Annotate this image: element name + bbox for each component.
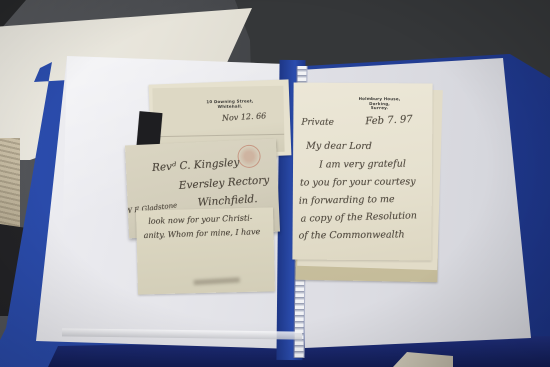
envelope-address-line3: Winchfield. [197,193,258,209]
postmark-stamp [237,144,261,168]
ink-smudge [194,277,240,285]
right-letter-body-line: in forwarding to me [299,194,395,207]
top-letter-fold-line [153,134,284,138]
right-letter-salutation: My dear Lord [306,141,372,152]
old-paper-fragment [0,138,20,228]
right-letter-body-line: to you for your courtesy [300,176,416,188]
photo-scene: 10 Downing Street, Whitehall. Nov 12. 66… [0,0,550,367]
right-letter-letterhead: Holmbury House, Dorking, Surrey. [359,97,401,111]
right-letter-date: Feb 7. 97 [365,114,413,127]
bottom-letter-line2: anity. Whom for mine, I have [143,227,260,240]
right-letter-private-note: Private [301,118,334,128]
right-letter-body-line: I am very grateful [319,159,406,171]
bottom-letter: look now for your Christi- anity. Whom f… [136,207,275,294]
bottom-letter-line1: look now for your Christi- [148,213,252,225]
top-letter-letterhead: 10 Downing Street, Whitehall. [206,99,253,109]
envelope-address-line2: Eversley Rectory [178,174,269,192]
right-letter-body-line: a copy of the Resolution [301,210,418,224]
envelope-address-line1: Revᵈ C. Kingsley [152,157,240,174]
black-slip [137,111,163,148]
top-letter-date: Nov 12. 66 [221,111,266,122]
right-letter: Holmbury House, Dorking, Surrey. Private… [292,83,432,261]
right-letter-body-line: of the Commonwealth [298,229,404,241]
